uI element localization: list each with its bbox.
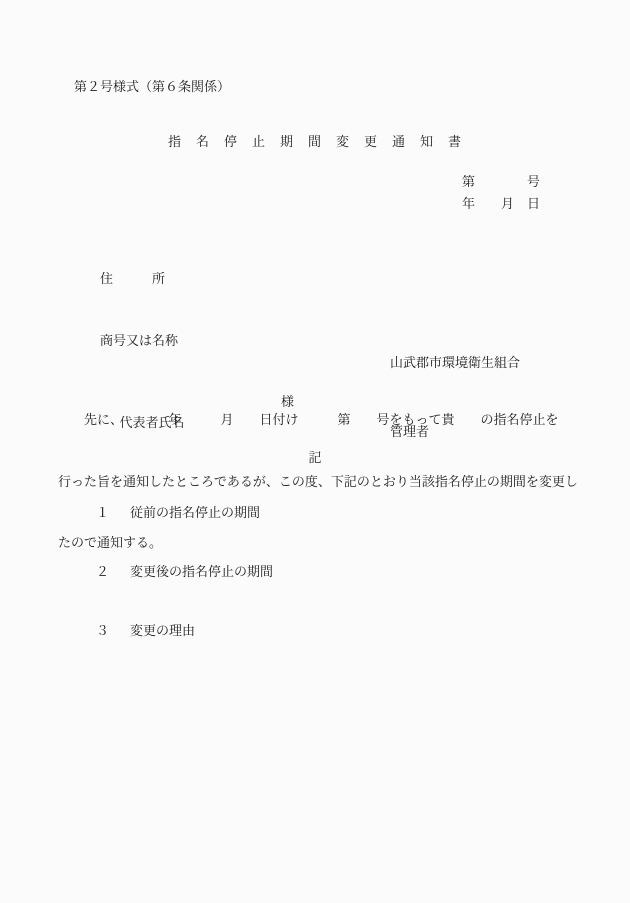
- list-marker-ki: 記: [0, 450, 630, 466]
- list-item-number: ３: [96, 623, 130, 639]
- list-item: ３変更の理由: [83, 607, 195, 656]
- list-item-label: 従前の指名停止の期間: [130, 505, 260, 520]
- reference-date-line: 年 月 日: [462, 196, 540, 212]
- recipient-company-label: 商号又は名称: [100, 331, 185, 352]
- list-item-label: 変更後の指名停止の期間: [130, 564, 273, 579]
- list-item-label: 変更の理由: [130, 623, 195, 638]
- document-page: 第２号様式（第６条関係） 指 名 停 止 期 間 変 更 通 知 書 第 号 年…: [0, 0, 630, 903]
- list-item-number: １: [96, 505, 130, 521]
- form-id: 第２号様式（第６条関係）: [74, 79, 230, 95]
- document-title: 指 名 停 止 期 間 変 更 通 知 書: [0, 134, 630, 150]
- list-item: ２変更後の指名停止の期間: [83, 548, 273, 597]
- list-item: １従前の指名停止の期間: [83, 489, 260, 538]
- list-item-number: ２: [96, 564, 130, 580]
- body-line: 先に、 年 月 日付け 第 号をもって貴 の指名停止を: [58, 410, 598, 431]
- reference-number-line: 第 号: [462, 174, 540, 190]
- recipient-address-label: 住 所: [100, 269, 185, 290]
